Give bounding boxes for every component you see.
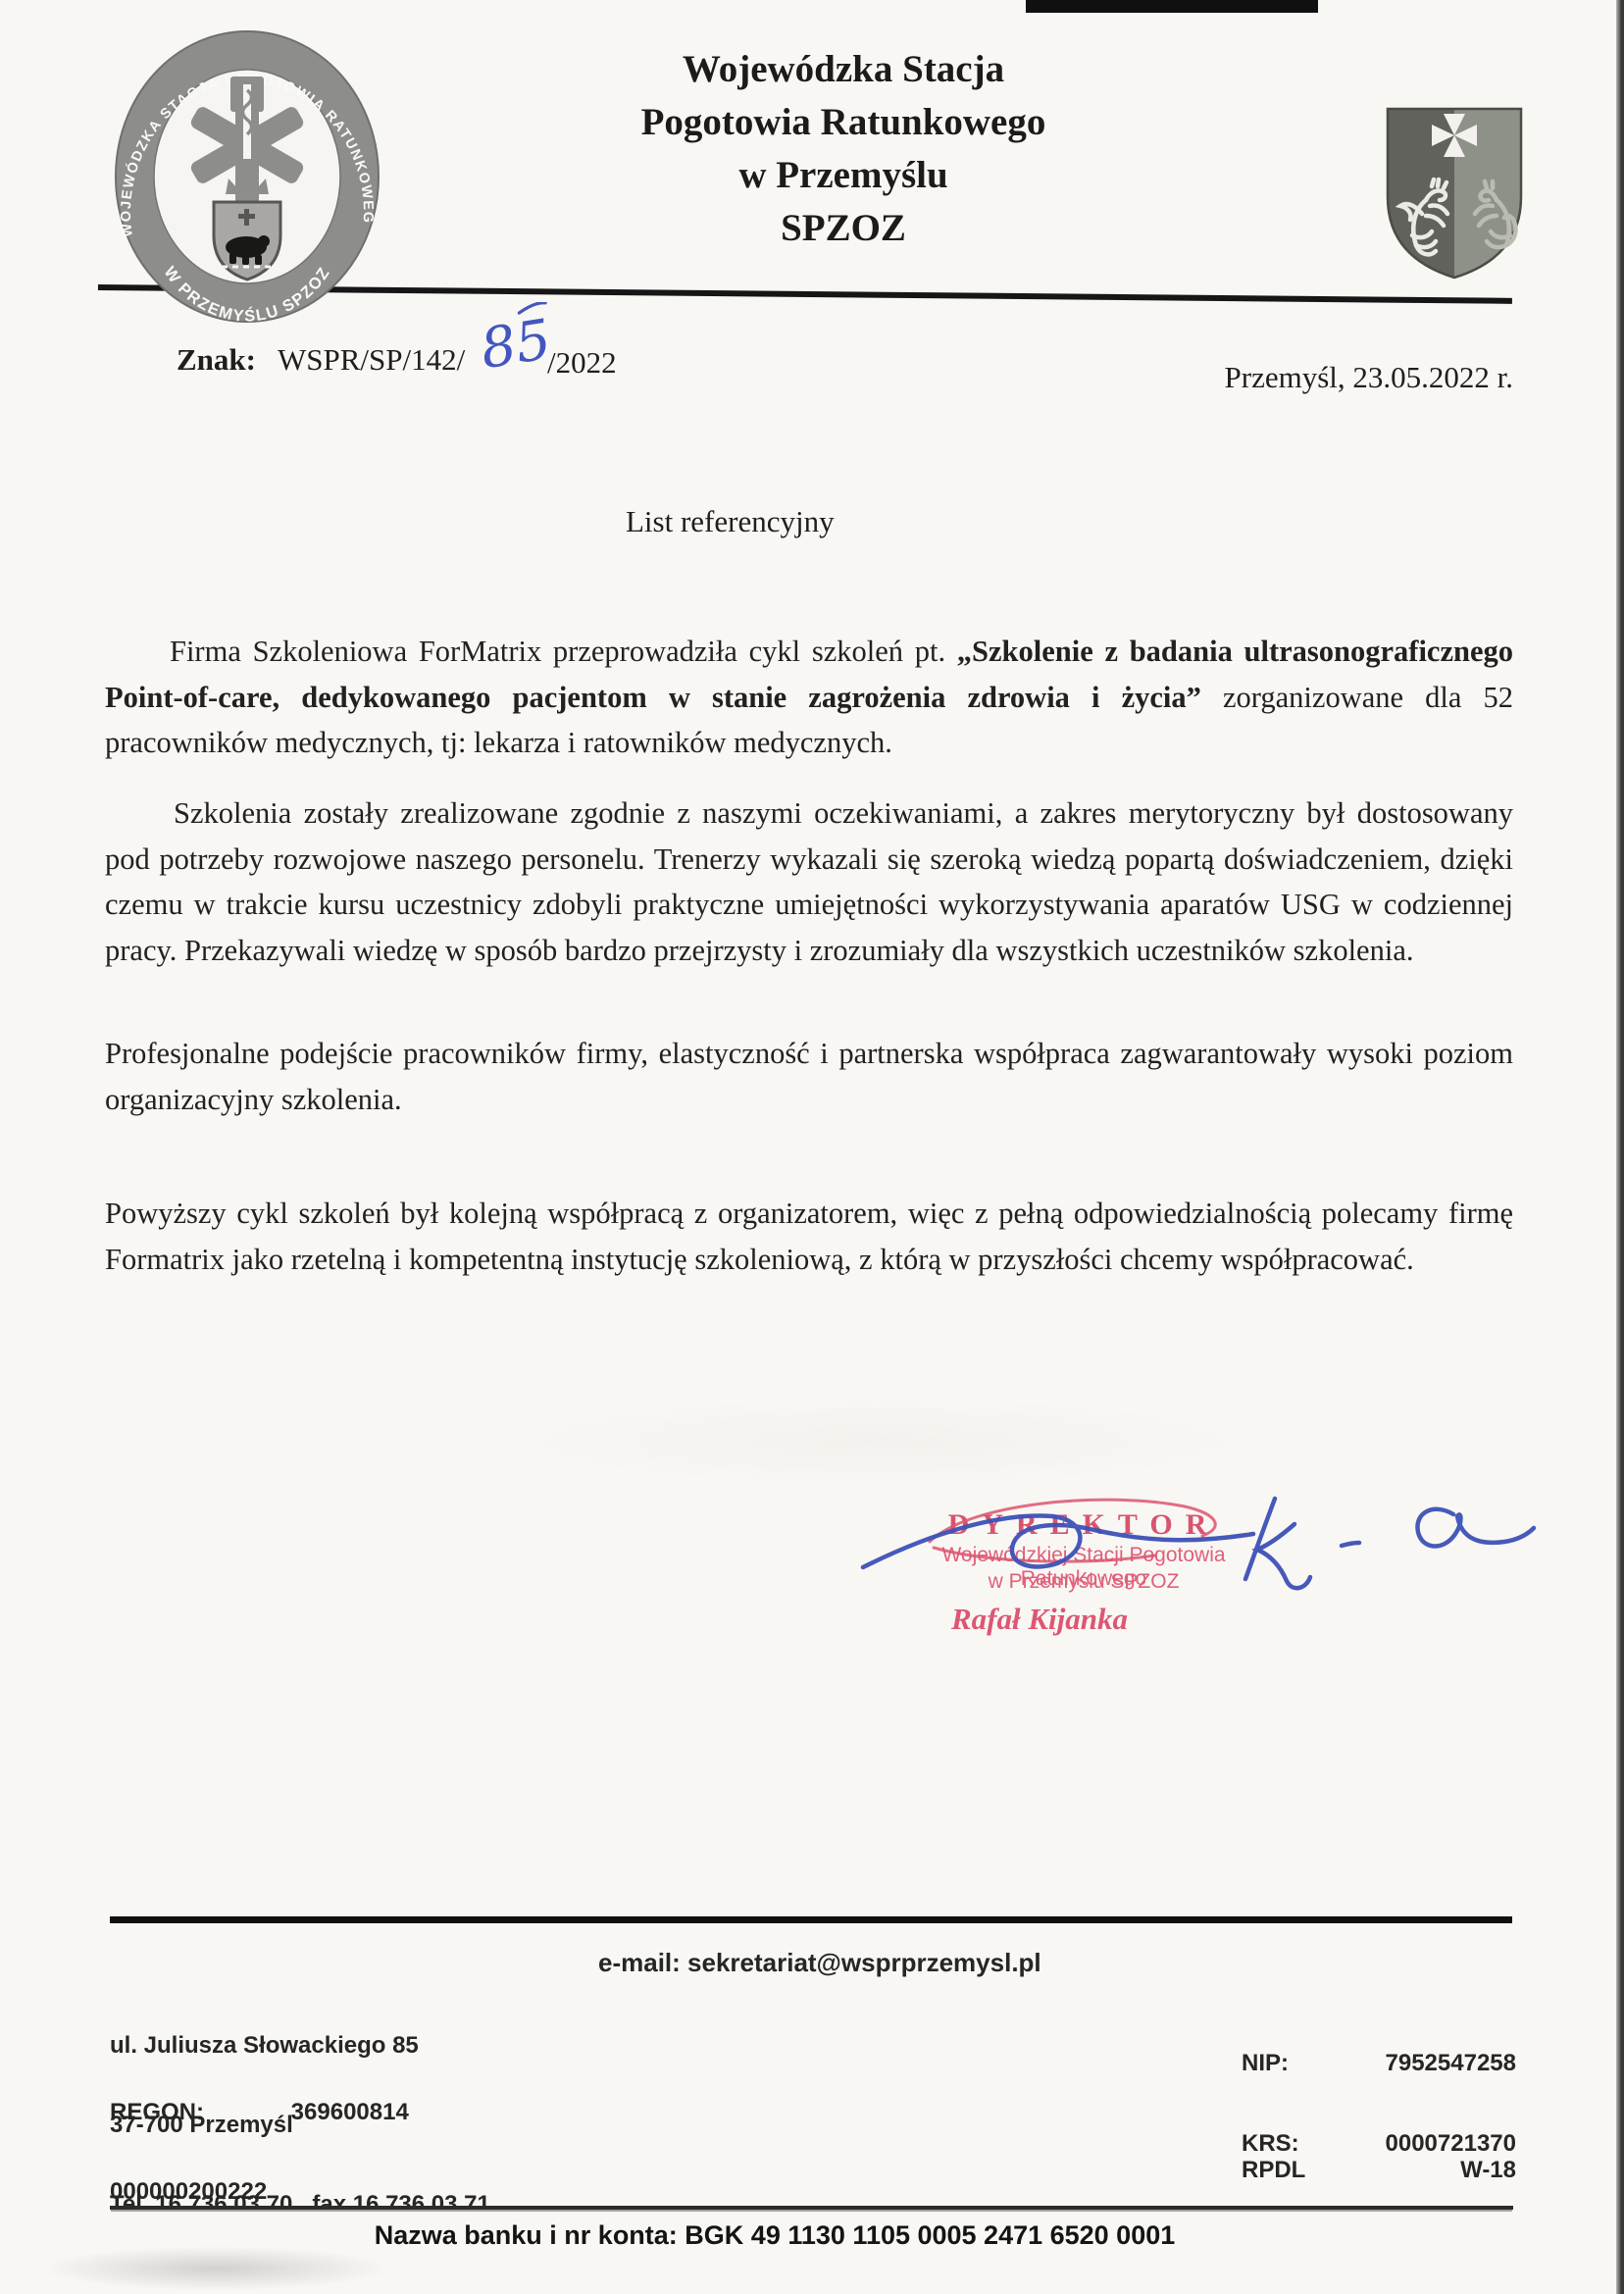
rpdl-label: RPDL [1242,2157,1305,2184]
voivodeship-coat-of-arms [1381,104,1528,282]
reference-number-suffix: /2022 [547,345,617,381]
regon-label: REGON: [110,2099,284,2126]
paragraph-1: Firma Szkoleniowa ForMatrix przeprowadzi… [105,629,1513,766]
reference-label: Znak: [177,342,256,378]
regon-value: 369600814 [291,2099,409,2125]
regon-row: REGON: 369600814 [110,2099,409,2126]
org-title-line: w Przemyślu [588,149,1098,202]
place-and-date: Przemyśl, 23.05.2022 r. [1023,360,1513,395]
nip-label: NIP: [1242,2050,1289,2077]
krs-row: KRS: 0000721370 [1242,2130,1516,2158]
handwritten-number-text: 85 [477,308,555,382]
reference-number-prefix: WSPR/SP/142/ [278,342,465,378]
paragraph-2: Szkolenia zostały zrealizowane zgodnie z… [105,790,1513,973]
bear-shield-icon [214,202,280,280]
registry-code: 000000200222 [110,2178,267,2206]
document-title: List referencyjny [626,504,835,539]
email-line: e-mail: sekretariat@wsprprzemysl.pl [598,1948,1041,1978]
nip-row: NIP: 7952547258 [1242,2050,1516,2077]
handwritten-number: 85 [477,302,555,382]
paragraph-1-pre: Firma Szkoleniowa ForMatrix przeprowadzi… [170,635,957,668]
handwritten-signature [832,1473,1542,1612]
org-title-line: SPZOZ [588,202,1098,255]
letter-page: WOJEWÓDZKA STACJA POGOTOWIA RATUNKOWEGO … [0,0,1624,2294]
paragraph-4: Powyższy cykl szkoleń był kolejną współp… [105,1191,1513,1282]
paragraph-3: Profesjonalne podejście pracowników firm… [105,1031,1513,1122]
scan-artifact-right-edge [1616,0,1624,2294]
scan-artifact-top-bar [1026,0,1318,13]
org-title-line: Wojewódzka Stacja [588,43,1098,96]
address-street: ul. Juliusza Słowackiego 85 [110,2032,490,2059]
krs-label: KRS: [1242,2130,1299,2158]
footer-divider-bottom [110,2206,1513,2210]
nip-value: 7952547258 [1386,2050,1516,2077]
org-title-line: Pogotowia Ratunkowego [588,96,1098,149]
signature-strokes [863,1499,1534,1588]
bank-account-line: Nazwa banku i nr konta: BGK 49 1130 1105… [39,2220,1510,2251]
footer-divider-top [110,1916,1512,1923]
org-title: Wojewódzka Stacja Pogotowia Ratunkowego … [588,43,1098,255]
rpdl-row: RPDL W-18 [1242,2157,1516,2184]
ambulance-station-seal-logo: WOJEWÓDZKA STACJA POGOTOWIA RATUNKOWEGO … [108,25,386,328]
krs-value: 0000721370 [1386,2130,1516,2158]
rpdl-value: W-18 [1460,2157,1516,2184]
